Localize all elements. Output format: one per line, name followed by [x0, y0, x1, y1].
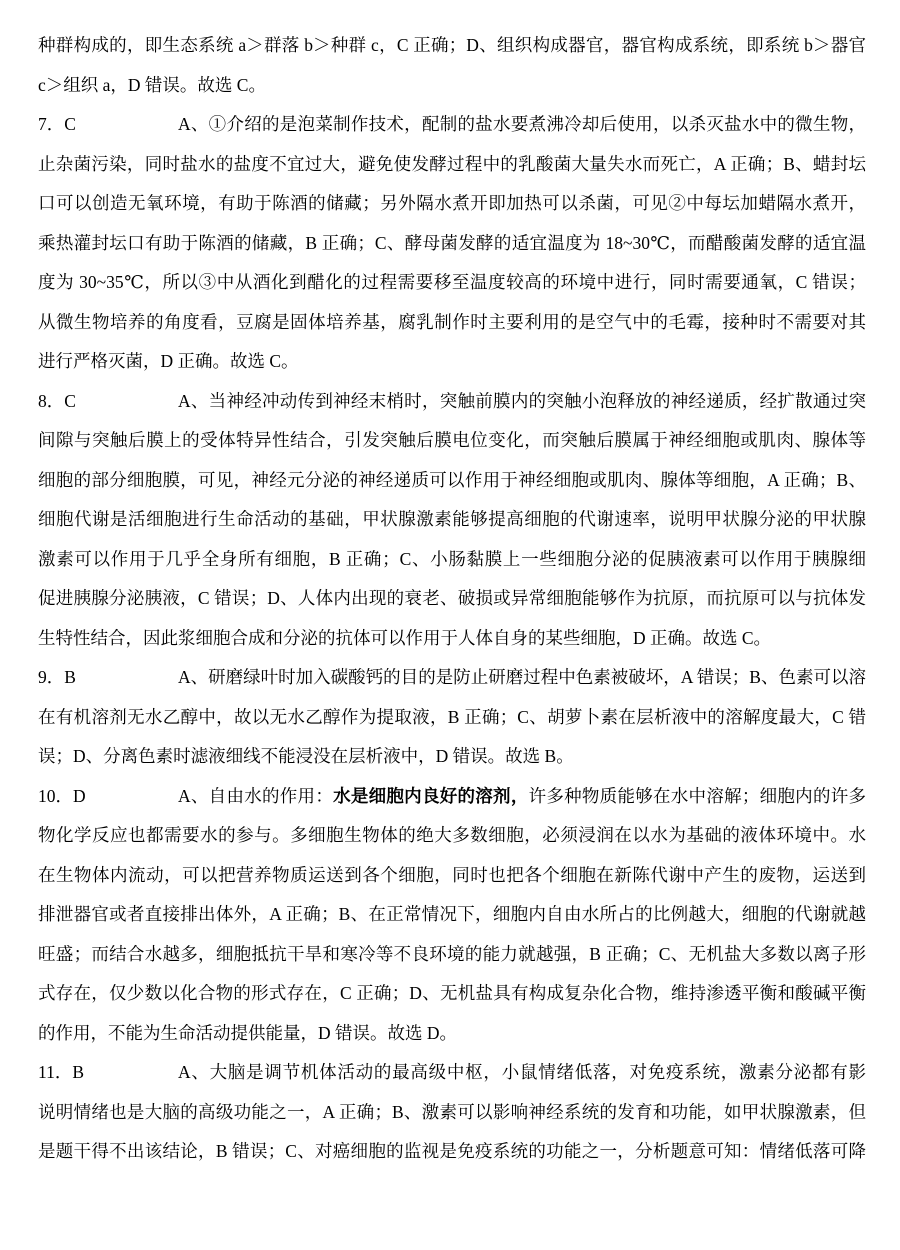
text-line-q6-cont-2: c＞组织 a，D 错误。故选 C。 [38, 66, 866, 106]
text-line-q11-2: 说明情绪也是大脑的高级功能之一，A 正确；B、激素可以影响神经系统的发育和功能，… [38, 1093, 866, 1133]
text-line-q8-4: 细胞代谢是活细胞进行生命活动的基础，甲状腺激素能够提高细胞的代谢速率，说明甲状腺… [38, 500, 866, 540]
text-line-q7-6: 从微生物培养的角度看，豆腐是固体培养基，腐乳制作时主要利用的是空气中的毛霉，接种… [38, 303, 866, 343]
answer-line-q8: 8．C A、当神经冲动传到神经末梢时，突触前膜内的突触小泡释放的神经递质，经扩散… [38, 382, 866, 422]
question-9-explanation-start: A、研磨绿叶时加入碳酸钙的目的是防止研磨过程中色素被破坏，A 错误；B、色素可以… [178, 658, 866, 698]
text-line-q7-2: 止杂菌污染，同时盐水的盐度不宜过大，避免使发酵过程中的乳酸菌大量失水而死亡，A … [38, 145, 866, 185]
question-11-number-answer: 11．B [38, 1053, 178, 1093]
document-page: 种群构成的，即生态系统 a＞群落 b＞种群 c，C 正确；D、组织构成器官，器官… [38, 26, 866, 1172]
question-8-explanation-start: A、当神经冲动传到神经末梢时，突触前膜内的突触小泡释放的神经递质，经扩散通过突触 [178, 382, 866, 422]
text-line-q10-6: 式存在，仅少数以化合物的形式存在，C 正确；D、无机盐具有构成复杂化合物，维持渗… [38, 974, 866, 1014]
question-10-explanation-start: A、自由水的作用：水是细胞内良好的溶剂，许多种物质能够在水中溶解；细胞内的许多生 [178, 777, 866, 817]
question-10-number-answer: 10．D [38, 777, 178, 817]
text-line-q10-4: 排泄器官或者直接排出体外，A 正确；B、在正常情况下，细胞内自由水所占的比例越大… [38, 895, 866, 935]
text-line-q11-3: 是题干得不出该结论，B 错误；C、对癌细胞的监视是免疫系统的功能之一，分析题意可… [38, 1132, 866, 1172]
answer-line-q11: 11．B A、大脑是调节机体活动的最高级中枢，小鼠情绪低落，对免疫系统，激素分泌… [38, 1053, 866, 1093]
text-line-q10-2: 物化学反应也都需要水的参与。多细胞生物体的绝大多数细胞，必须浸润在以水为基础的液… [38, 816, 866, 856]
text-line-q7-3: 口可以创造无氧环境，有助于陈酒的储藏；另外隔水煮开即加热可以杀菌，可见②中每坛加… [38, 184, 866, 224]
text-line-q10-7: 的作用，不能为生命活动提供能量，D 错误。故选 D。 [38, 1014, 866, 1054]
text-line-q7-4: 乘热灌封坛口有助于陈酒的储藏，B 正确；C、酵母菌发酵的适宜温度为 18~30℃… [38, 224, 866, 264]
question-11-explanation-start: A、大脑是调节机体活动的最高级中枢，小鼠情绪低落，对免疫系统，激素分泌都有影响， [178, 1053, 866, 1093]
text-line-q7-5: 度为 30~35℃，所以③中从酒化到醋化的过程需要移至温度较高的环境中进行，同时… [38, 263, 866, 303]
question-7-number-answer: 7．C [38, 105, 178, 145]
q10-text-pre: A、自由水的作用： [178, 786, 333, 806]
answer-line-q9: 9．B A、研磨绿叶时加入碳酸钙的目的是防止研磨过程中色素被破坏，A 错误；B、… [38, 658, 866, 698]
text-line-q10-3: 在生物体内流动，可以把营养物质运送到各个细胞，同时也把各个细胞在新陈代谢中产生的… [38, 856, 866, 896]
text-line-q8-7: 生特性结合，因此浆细胞合成和分泌的抗体可以作用于人体自身的某些细胞，D 正确。故… [38, 619, 866, 659]
text-line-q8-3: 细胞的部分细胞膜，可见，神经元分泌的神经递质可以作用于神经细胞或肌肉、腺体等细胞… [38, 461, 866, 501]
text-line-q6-cont-1: 种群构成的，即生态系统 a＞群落 b＞种群 c，C 正确；D、组织构成器官，器官… [38, 26, 866, 66]
text-line-q10-5: 旺盛；而结合水越多，细胞抵抗干旱和寒冷等不良环境的能力就越强，B 正确；C、无机… [38, 935, 866, 975]
q10-text-bold: 水是细胞内良好的溶剂， [333, 786, 529, 806]
question-7-explanation-start: A、①介绍的是泡菜制作技术，配制的盐水要煮沸冷却后使用，以杀灭盐水中的微生物，防 [178, 105, 866, 145]
text-line-q9-3: 误；D、分离色素时滤液细线不能浸没在层析液中，D 错误。故选 B。 [38, 737, 866, 777]
text-line-q8-6: 促进胰腺分泌胰液，C 错误；D、人体内出现的衰老、破损或异常细胞能够作为抗原，而… [38, 579, 866, 619]
text-line-q9-2: 在有机溶剂无水乙醇中，故以无水乙醇作为提取液，B 正确；C、胡萝卜素在层析液中的… [38, 698, 866, 738]
text-line-q8-5: 激素可以作用于几乎全身所有细胞，B 正确；C、小肠黏膜上一些细胞分泌的促胰液素可… [38, 540, 866, 580]
question-9-number-answer: 9．B [38, 658, 178, 698]
answer-line-q10: 10．D A、自由水的作用：水是细胞内良好的溶剂，许多种物质能够在水中溶解；细胞… [38, 777, 866, 817]
text-line-q8-2: 间隙与突触后膜上的受体特异性结合，引发突触后膜电位变化，而突触后膜属于神经细胞或… [38, 421, 866, 461]
question-8-number-answer: 8．C [38, 382, 178, 422]
answer-line-q7: 7．C A、①介绍的是泡菜制作技术，配制的盐水要煮沸冷却后使用，以杀灭盐水中的微… [38, 105, 866, 145]
text-line-q7-7: 进行严格灭菌，D 正确。故选 C。 [38, 342, 866, 382]
